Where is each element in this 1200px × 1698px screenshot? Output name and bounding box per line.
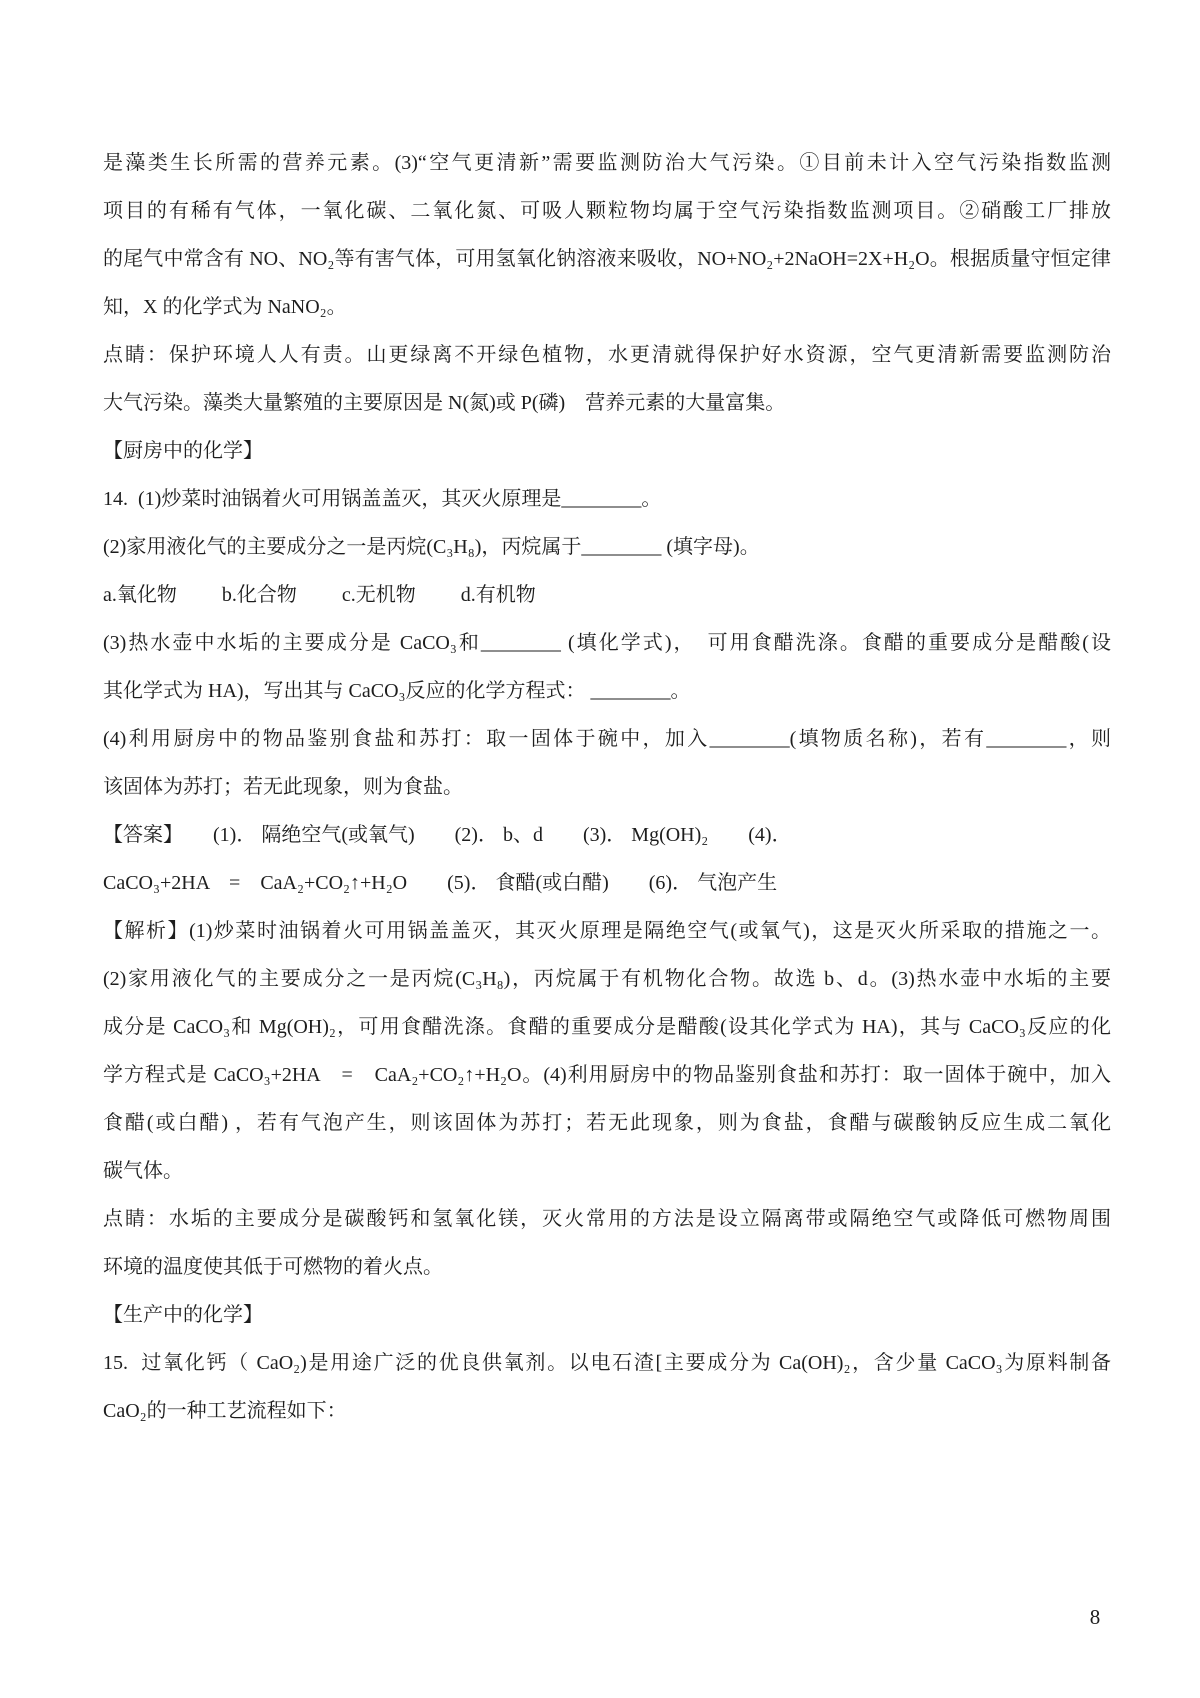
document-body: 是藻类生长所需的营养元素。(3)“空气更清新”需要监测防治大气污染。①目前未计入… [103, 139, 1111, 1435]
text-line-dianjing: 点睛：保护环境人人有责。山更绿离不开绿色植物，水更清就得保护好水资源，空气更清新… [103, 331, 1111, 379]
question-14-line-3: (3)热水壶中水垢的主要成分是 CaCO₃和________ (填化学式)， 可… [103, 619, 1111, 667]
text-line-equation: 的尾气中常含有 NO、NO₂等有害气体，可用氢氧化钠溶液来吸收，NO+NO₂+2… [103, 235, 1111, 283]
analysis-line-3: 成分是 CaCO₃和 Mg(OH)₂，可用食醋洗涤。食醋的重要成分是醋酸(设其化… [103, 1003, 1111, 1051]
page-number: 8 [1080, 1602, 1110, 1632]
text-line: 大气污染。藻类大量繁殖的主要原因是 N(氮)或 P(磷) 营养元素的大量富集。 [103, 379, 1111, 427]
section-header-kitchen-chemistry: 【厨房中的化学】 [103, 427, 1111, 475]
answer-line-1: 【答案】 (1)． 隔绝空气(或氧气) (2)． b、d (3)． Mg(OH)… [103, 811, 1111, 859]
question-15-line-2: CaO₂的一种工艺流程如下： [103, 1387, 1111, 1435]
text-line: 项目的有稀有气体，一氧化碳、二氧化氮、可吸人颗粒物均属于空气污染指数监测项目。②… [103, 187, 1111, 235]
analysis-line-4: 学方程式是 CaCO₃+2HA = CaA₂+CO₂↑+H₂O。(4)利用厨房中… [103, 1051, 1111, 1099]
section-header-production-chemistry: 【生产中的化学】 [103, 1291, 1111, 1339]
text-line-answer13-cont: 是藻类生长所需的营养元素。(3)“空气更清新”需要监测防治大气污染。①目前未计入… [103, 139, 1111, 187]
text-line: 环境的温度使其低于可燃物的着火点。 [103, 1243, 1111, 1291]
text-line-dianjing-2: 点睛：水垢的主要成分是碳酸钙和氢氧化镁，灭火常用的方法是设立隔离带或隔绝空气或降… [103, 1195, 1111, 1243]
analysis-line-1: 【解析】(1)炒菜时油锅着火可用锅盖盖灭，其灭火原理是隔绝空气(或氧气)，这是灭… [103, 907, 1111, 955]
text-line: 知，X 的化学式为 NaNO₂。 [103, 283, 1111, 331]
document-page: 是藻类生长所需的营养元素。(3)“空气更清新”需要监测防治大气污染。①目前未计入… [0, 0, 1200, 1698]
answer-line-2: CaCO₃+2HA = CaA₂+CO₂↑+H₂O (5)． 食醋(或白醋) (… [103, 859, 1111, 907]
analysis-line-2: (2)家用液化气的主要成分之一是丙烷(C₃H₈)，丙烷属于有机物化合物。故选 b… [103, 955, 1111, 1003]
question-14-line-6: 该固体为苏打；若无此现象，则为食盐。 [103, 763, 1111, 811]
question-14-line-5: (4)利用厨房中的物品鉴别食盐和苏打：取一固体于碗中，加入________(填物… [103, 715, 1111, 763]
analysis-line-5: 食醋(或白醋) ，若有气泡产生，则该固体为苏打；若无此现象，则为食盐，食醋与碳酸… [103, 1099, 1111, 1147]
question-14-options: a.氧化物 b.化合物 c.无机物 d.有机物 [103, 571, 1111, 619]
question-14-line-1: 14. (1)炒菜时油锅着火可用锅盖盖灭，其灭火原理是________。 [103, 475, 1111, 523]
question-14-line-2: (2)家用液化气的主要成分之一是丙烷(C₃H₈)，丙烷属于________ (填… [103, 523, 1111, 571]
question-14-line-4: 其化学式为 HA)，写出其与 CaCO₃反应的化学方程式： ________。 [103, 667, 1111, 715]
question-15-line-1: 15. 过氧化钙（ CaO₂)是用途广泛的优良供氧剂。以电石渣[主要成分为 Ca… [103, 1339, 1111, 1387]
analysis-line-6: 碳气体。 [103, 1147, 1111, 1195]
